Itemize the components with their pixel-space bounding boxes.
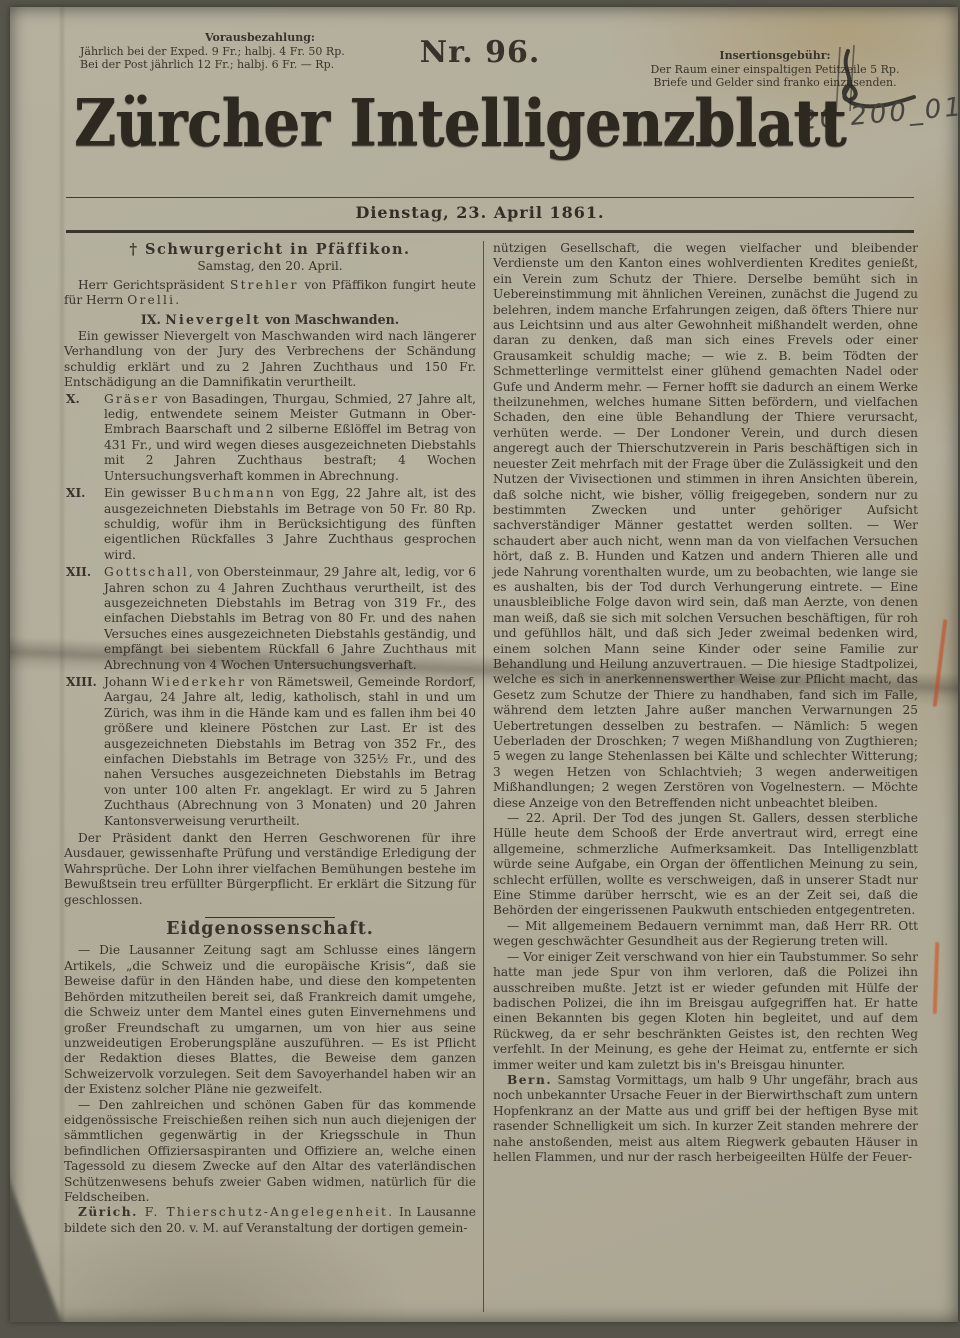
court-intro-pre: Herr Gerichtspräsident <box>78 278 230 292</box>
case-xiii-name: Wiederkehr <box>152 675 247 689</box>
right-column: nützigen Gesellschaft, die wegen vielfac… <box>484 241 918 1312</box>
case-xii: XII. Gottschall, von Obersteinmaur, 29 J… <box>64 565 476 673</box>
st-galler-paragraph: — 22. April. Der Tod des jungen St. Gall… <box>493 811 918 919</box>
newspaper-page: Vorausbezahlung: Jährlich bei der Exped.… <box>10 7 958 1322</box>
zurich-topic-label: F. Thierschutz-Angelegenheit. <box>138 1205 394 1219</box>
case-xi-numeral: XI. <box>66 486 85 501</box>
case-x-numeral: X. <box>66 392 80 407</box>
judge-name: Strehler <box>230 278 299 292</box>
court-intro-end: . <box>175 293 179 307</box>
rule-below-date <box>66 230 914 233</box>
confederation-heading: Eidgenossenschaft. <box>64 922 476 937</box>
case-x-body: von Basadingen, Thurgau, Schmied, 27 Jah… <box>104 392 476 483</box>
case-xii-body: , von Obersteinmaur, 29 Jahre alt, ledig… <box>104 565 476 671</box>
body-columns: † Schwurgericht in Pfäffikon. Samstag, d… <box>64 241 918 1312</box>
ott-resignation-paragraph: — Mit allgemeinem Bedauern vernimmt man,… <box>493 919 918 950</box>
case-xii-numeral: XII. <box>66 565 91 580</box>
red-pencil-mark-lower <box>933 942 940 1014</box>
confederation-paragraph-2: — Den zahlreichen und schönen Gaben für … <box>64 1098 476 1206</box>
left-column: † Schwurgericht in Pfäffikon. Samstag, d… <box>64 241 483 1312</box>
rule-above-date <box>66 197 914 198</box>
zurich-place-label: Zürich. <box>78 1205 138 1219</box>
case-ix-heading: IX. Nievergelt von Maschwanden. <box>64 312 476 327</box>
deaf-mute-paragraph: — Vor einiger Zeit verschwand von hier e… <box>493 950 918 1073</box>
case-xi-pre: Ein gewisser <box>104 486 192 500</box>
date-line: Dienstag, 23. April 1861. <box>10 203 950 222</box>
case-ix-body: Ein gewisser Nievergelt von Maschwanden … <box>64 329 476 391</box>
case-xi-name: Buchmann <box>192 486 276 500</box>
case-ix-label: IX. <box>141 312 165 327</box>
case-xi: XI. Ein gewisser Buchmann von Egg, 22 Ja… <box>64 486 476 563</box>
bern-body: Samstag Vormittags, um halb 9 Uhr ungefä… <box>493 1073 918 1164</box>
case-xiii-body: von Rämetsweil, Gemeinde Rordorf, Aargau… <box>104 675 476 828</box>
animal-society-paragraph: nützigen Gesellschaft, die wegen vielfac… <box>493 241 918 811</box>
confederation-paragraph-1: — Die Lausanner Zeitung sagt am Schlusse… <box>64 943 476 1097</box>
court-closing-paragraph: Der Präsident dankt den Herren Geschwore… <box>64 831 476 908</box>
case-xii-name: Gottschall <box>104 565 189 579</box>
court-article-heading: † Schwurgericht in Pfäffikon. <box>64 242 476 257</box>
newspaper-title: Zürcher Intelligenzblatt <box>70 85 850 161</box>
orelli-name: Orelli <box>127 293 175 307</box>
zurich-paragraph: Zürich. F. Thierschutz-Angelegenheit. In… <box>64 1205 476 1236</box>
case-xiii-pre: Johann <box>104 675 152 689</box>
section-divider <box>205 917 335 918</box>
bern-fire-paragraph: Bern. Samstag Vormittags, um halb 9 Uhr … <box>493 1073 918 1165</box>
case-x-name: Gräser <box>104 392 159 406</box>
case-xiii: XIII. Johann Wiederkehr von Rämetsweil, … <box>64 675 476 829</box>
photo-corner-shadow <box>10 1150 68 1322</box>
case-x: X. Gräser von Basadingen, Thurgau, Schmi… <box>64 392 476 484</box>
case-ix-name: Nievergelt <box>165 312 261 327</box>
bern-place-label: Bern. <box>507 1073 552 1087</box>
court-heading-text: Schwurgericht in Pfäffikon. <box>145 241 411 258</box>
red-pencil-mark-upper <box>933 619 948 707</box>
dagger-mark: † <box>129 241 138 258</box>
case-ix-rest: von Maschwanden. <box>261 312 399 327</box>
case-xiii-numeral: XIII. <box>66 675 97 690</box>
court-intro-paragraph: Herr Gerichtspräsident Strehler von Pfäf… <box>64 278 476 309</box>
court-article-subheading: Samstag, den 20. April. <box>64 259 476 274</box>
